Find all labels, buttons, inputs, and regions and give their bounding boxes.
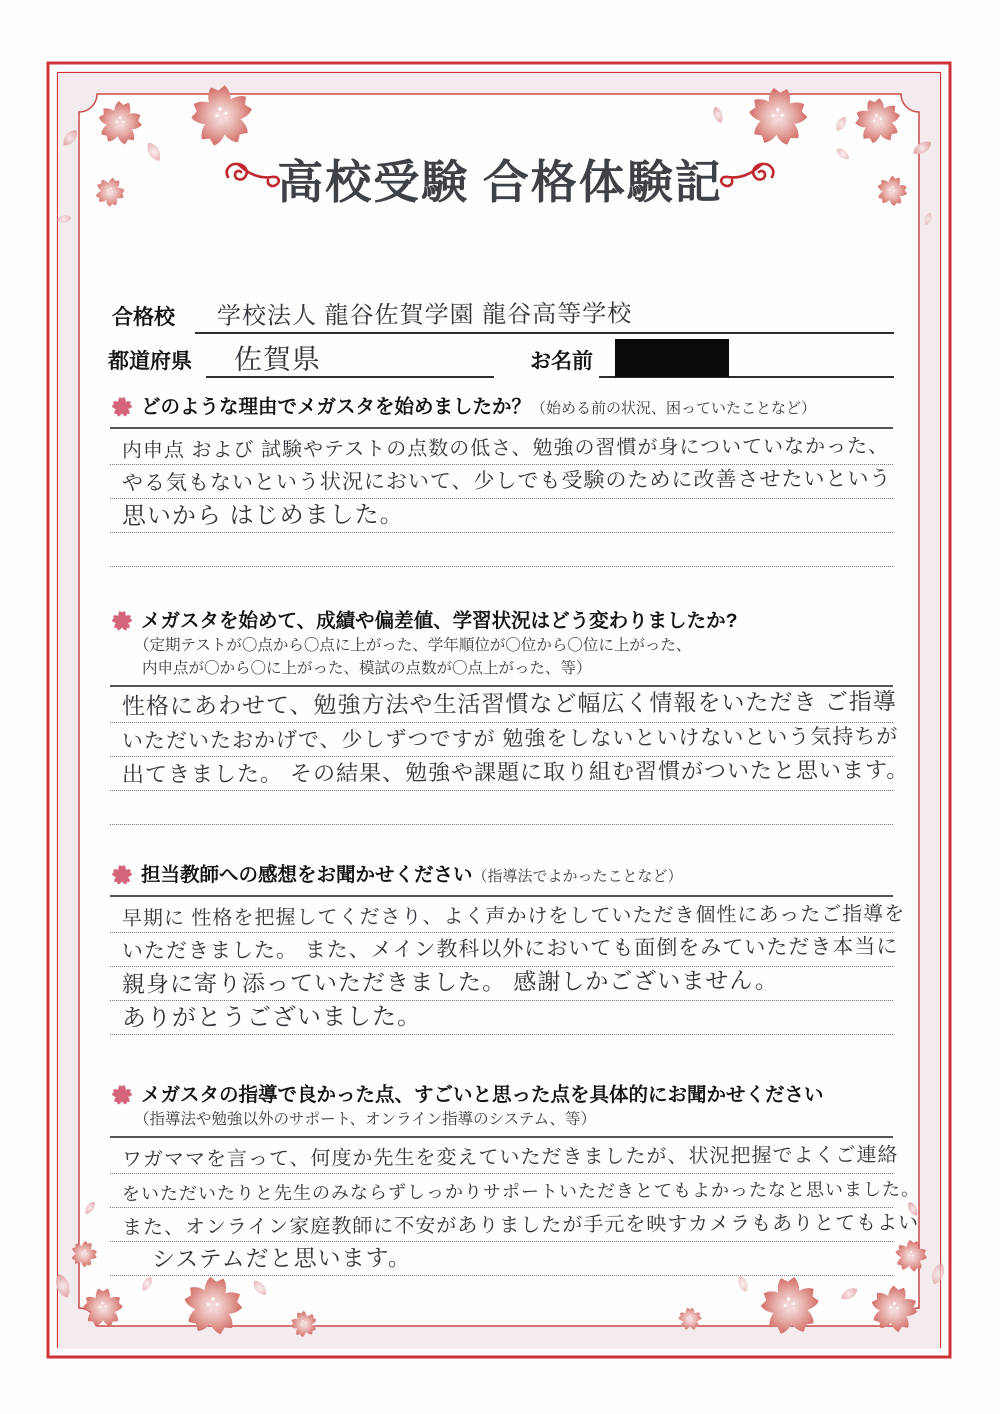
question-2-note-line1: （定期テストが〇点から〇点に上がった、学年順位が〇位から〇位に上がった、 bbox=[134, 634, 893, 657]
answer-line: システムだと思います。 bbox=[110, 1242, 893, 1276]
question-1-heading: どのような理由でメガスタを始めましたか？（始める前の状況、困っていたことなど） bbox=[141, 394, 816, 422]
handwriting-text: やる気もないという状況において、少しでも受験のために改善させたいという bbox=[122, 462, 892, 497]
handwriting-text: ありがとうございました。 bbox=[122, 996, 422, 1033]
question-2-notes: （定期テストが〇点から〇点に上がった、学年順位が〇位から〇位に上がった、 内申点… bbox=[134, 634, 893, 680]
question-section-2: メガスタを始めて、成績や偏差値、学習状況はどう変わりましたか? （定期テストが〇… bbox=[110, 608, 893, 825]
answer-line bbox=[110, 791, 893, 825]
divider bbox=[110, 427, 893, 429]
question-4-note: （指導法や勉強以外のサポート、オンライン指導のシステム、等） bbox=[134, 1108, 893, 1131]
question-section-4: メガスタの指導で良かった点、すごいと思った点を具体的にお聞かせください （指導法… bbox=[110, 1082, 893, 1276]
sakura-bullet-icon bbox=[110, 609, 134, 633]
prefecture-value-handwriting: 佐賀県 bbox=[234, 337, 321, 378]
answer-line: いただいたおかげで、少しずつですが 勉強をしないといけないという気持ちが bbox=[110, 723, 893, 757]
question-4-label: メガスタの指導で良かった点、すごいと思った点を具体的にお聞かせください bbox=[141, 1084, 824, 1106]
handwriting-text: また、オンライン家庭教師に不安がありましたが手元を映すカメラもありとてもよい bbox=[122, 1206, 919, 1240]
question-1-label: どのような理由でメガスタを始めましたか？ bbox=[141, 396, 531, 418]
name-redaction-box bbox=[615, 339, 729, 377]
question-4-note-line1: （指導法や勉強以外のサポート、オンライン指導のシステム、等） bbox=[134, 1108, 893, 1131]
name-write-line bbox=[599, 338, 894, 378]
sakura-bullet-icon bbox=[110, 395, 134, 419]
school-label: 合格校 bbox=[112, 301, 175, 334]
name-label: お名前 bbox=[530, 345, 593, 378]
question-3-heading: 担当教師への感想をお聞かせください（指導法でよかったことなど） bbox=[141, 862, 683, 890]
answer-line: やる気もないという状況において、少しでも受験のために改善させたいという bbox=[110, 465, 893, 499]
question-2-note-line2: 内申点が〇から〇に上がった、模試の点数が〇点上がった、等） bbox=[134, 657, 893, 680]
scanned-testimonial-page: 高校受験 合格体験記 合格校 学校法人 龍谷佐賀学園 龍谷高等学校 都道府県 佐… bbox=[0, 0, 1000, 1414]
handwriting-text: 親身に寄り添っていただきました。 感謝しかございません。 bbox=[122, 962, 779, 999]
question-1-note: （始める前の状況、困っていたことなど） bbox=[531, 400, 816, 417]
handwriting-text: 早期に 性格を把握してくださり、よく声かけをしていただき個性にあったご指導を bbox=[122, 897, 906, 931]
school-write-line: 学校法人 龍谷佐賀学園 龍谷高等学校 bbox=[195, 288, 894, 334]
question-section-1: どのような理由でメガスタを始めましたか？（始める前の状況、困っていたことなど） … bbox=[110, 394, 893, 567]
sakura-bullet-icon bbox=[110, 863, 134, 887]
form-row-prefecture-name: 都道府県 佐賀県 お名前 bbox=[108, 338, 894, 378]
handwriting-text: 内申点 および 試験やテストの点数の低さ、勉強の習慣が身についていなかった、 bbox=[122, 429, 889, 463]
answer-line: 早期に 性格を把握してくださり、よく声かけをしていただき個性にあったご指導を bbox=[110, 899, 893, 933]
sakura-bullet-icon bbox=[110, 1083, 134, 1107]
question-section-3: 担当教師への感想をお聞かせください（指導法でよかったことなど） 早期に 性格を把… bbox=[110, 862, 893, 1035]
answer-line: 思いから はじめました。 bbox=[110, 499, 893, 533]
handwriting-text: 出てきました。 その結果、勉強や課題に取り組む習慣がついたと思います。 bbox=[122, 753, 910, 789]
divider bbox=[110, 1136, 893, 1138]
answer-line: 親身に寄り添っていただきました。 感謝しかございません。 bbox=[110, 967, 893, 1001]
handwriting-text: いただきました。 また、メイン教科以外においても面倒をみていただき本当に bbox=[122, 930, 899, 965]
question-3-note: （指導法でよかったことなど） bbox=[473, 868, 683, 885]
answer-line: ありがとうございました。 bbox=[110, 1001, 893, 1035]
school-value-handwriting: 学校法人 龍谷佐賀学園 龍谷高等学校 bbox=[217, 293, 633, 331]
answer-line: ワガママを言って、何度か先生を変えていただきましたが、状況把握でよくご連絡 bbox=[110, 1140, 893, 1174]
page-title: 高校受験 合格体験記 bbox=[0, 146, 1000, 212]
answer-line: 出てきました。 その結果、勉強や課題に取り組む習慣がついたと思います。 bbox=[110, 757, 893, 791]
handwriting-text: 思いから はじめました。 bbox=[122, 494, 405, 531]
prefecture-write-line: 佐賀県 bbox=[206, 338, 494, 378]
question-2-heading: メガスタを始めて、成績や偏差値、学習状況はどう変わりましたか? bbox=[141, 608, 738, 634]
handwriting-text: 性格にあわせて、勉強方法や生活習慣など幅広く情報をいただき ご指導 bbox=[122, 683, 897, 721]
answer-line: また、オンライン家庭教師に不安がありましたが手元を映すカメラもありとてもよい bbox=[110, 1208, 893, 1242]
answer-line: をいただいたりと先生のみならずしっかりサポートいただきとてもよかったなと思いまし… bbox=[110, 1174, 893, 1208]
prefecture-label: 都道府県 bbox=[108, 345, 192, 378]
handwriting-text: いただいたおかげで、少しずつですが 勉強をしないといけないという気持ちが bbox=[122, 720, 899, 755]
answer-line bbox=[110, 533, 893, 567]
answer-line: 内申点 および 試験やテストの点数の低さ、勉強の習慣が身についていなかった、 bbox=[110, 431, 893, 465]
question-4-heading: メガスタの指導で良かった点、すごいと思った点を具体的にお聞かせください bbox=[141, 1082, 824, 1108]
handwriting-text: ワガママを言って、何度か先生を変えていただきましたが、状況把握でよくご連絡 bbox=[122, 1138, 899, 1172]
divider bbox=[110, 895, 893, 897]
answer-line: 性格にあわせて、勉強方法や生活習慣など幅広く情報をいただき ご指導 bbox=[110, 689, 893, 723]
question-2-label: メガスタを始めて、成績や偏差値、学習状況はどう変わりましたか? bbox=[141, 610, 738, 632]
handwriting-text: をいただいたりと先生のみならずしっかりサポートいただきとてもよかったなと思いまし… bbox=[122, 1175, 920, 1206]
question-3-label: 担当教師への感想をお聞かせください bbox=[141, 864, 473, 886]
handwriting-text: システムだと思います。 bbox=[152, 1239, 412, 1274]
form-row-school: 合格校 学校法人 龍谷佐賀学園 龍谷高等学校 bbox=[112, 288, 894, 334]
